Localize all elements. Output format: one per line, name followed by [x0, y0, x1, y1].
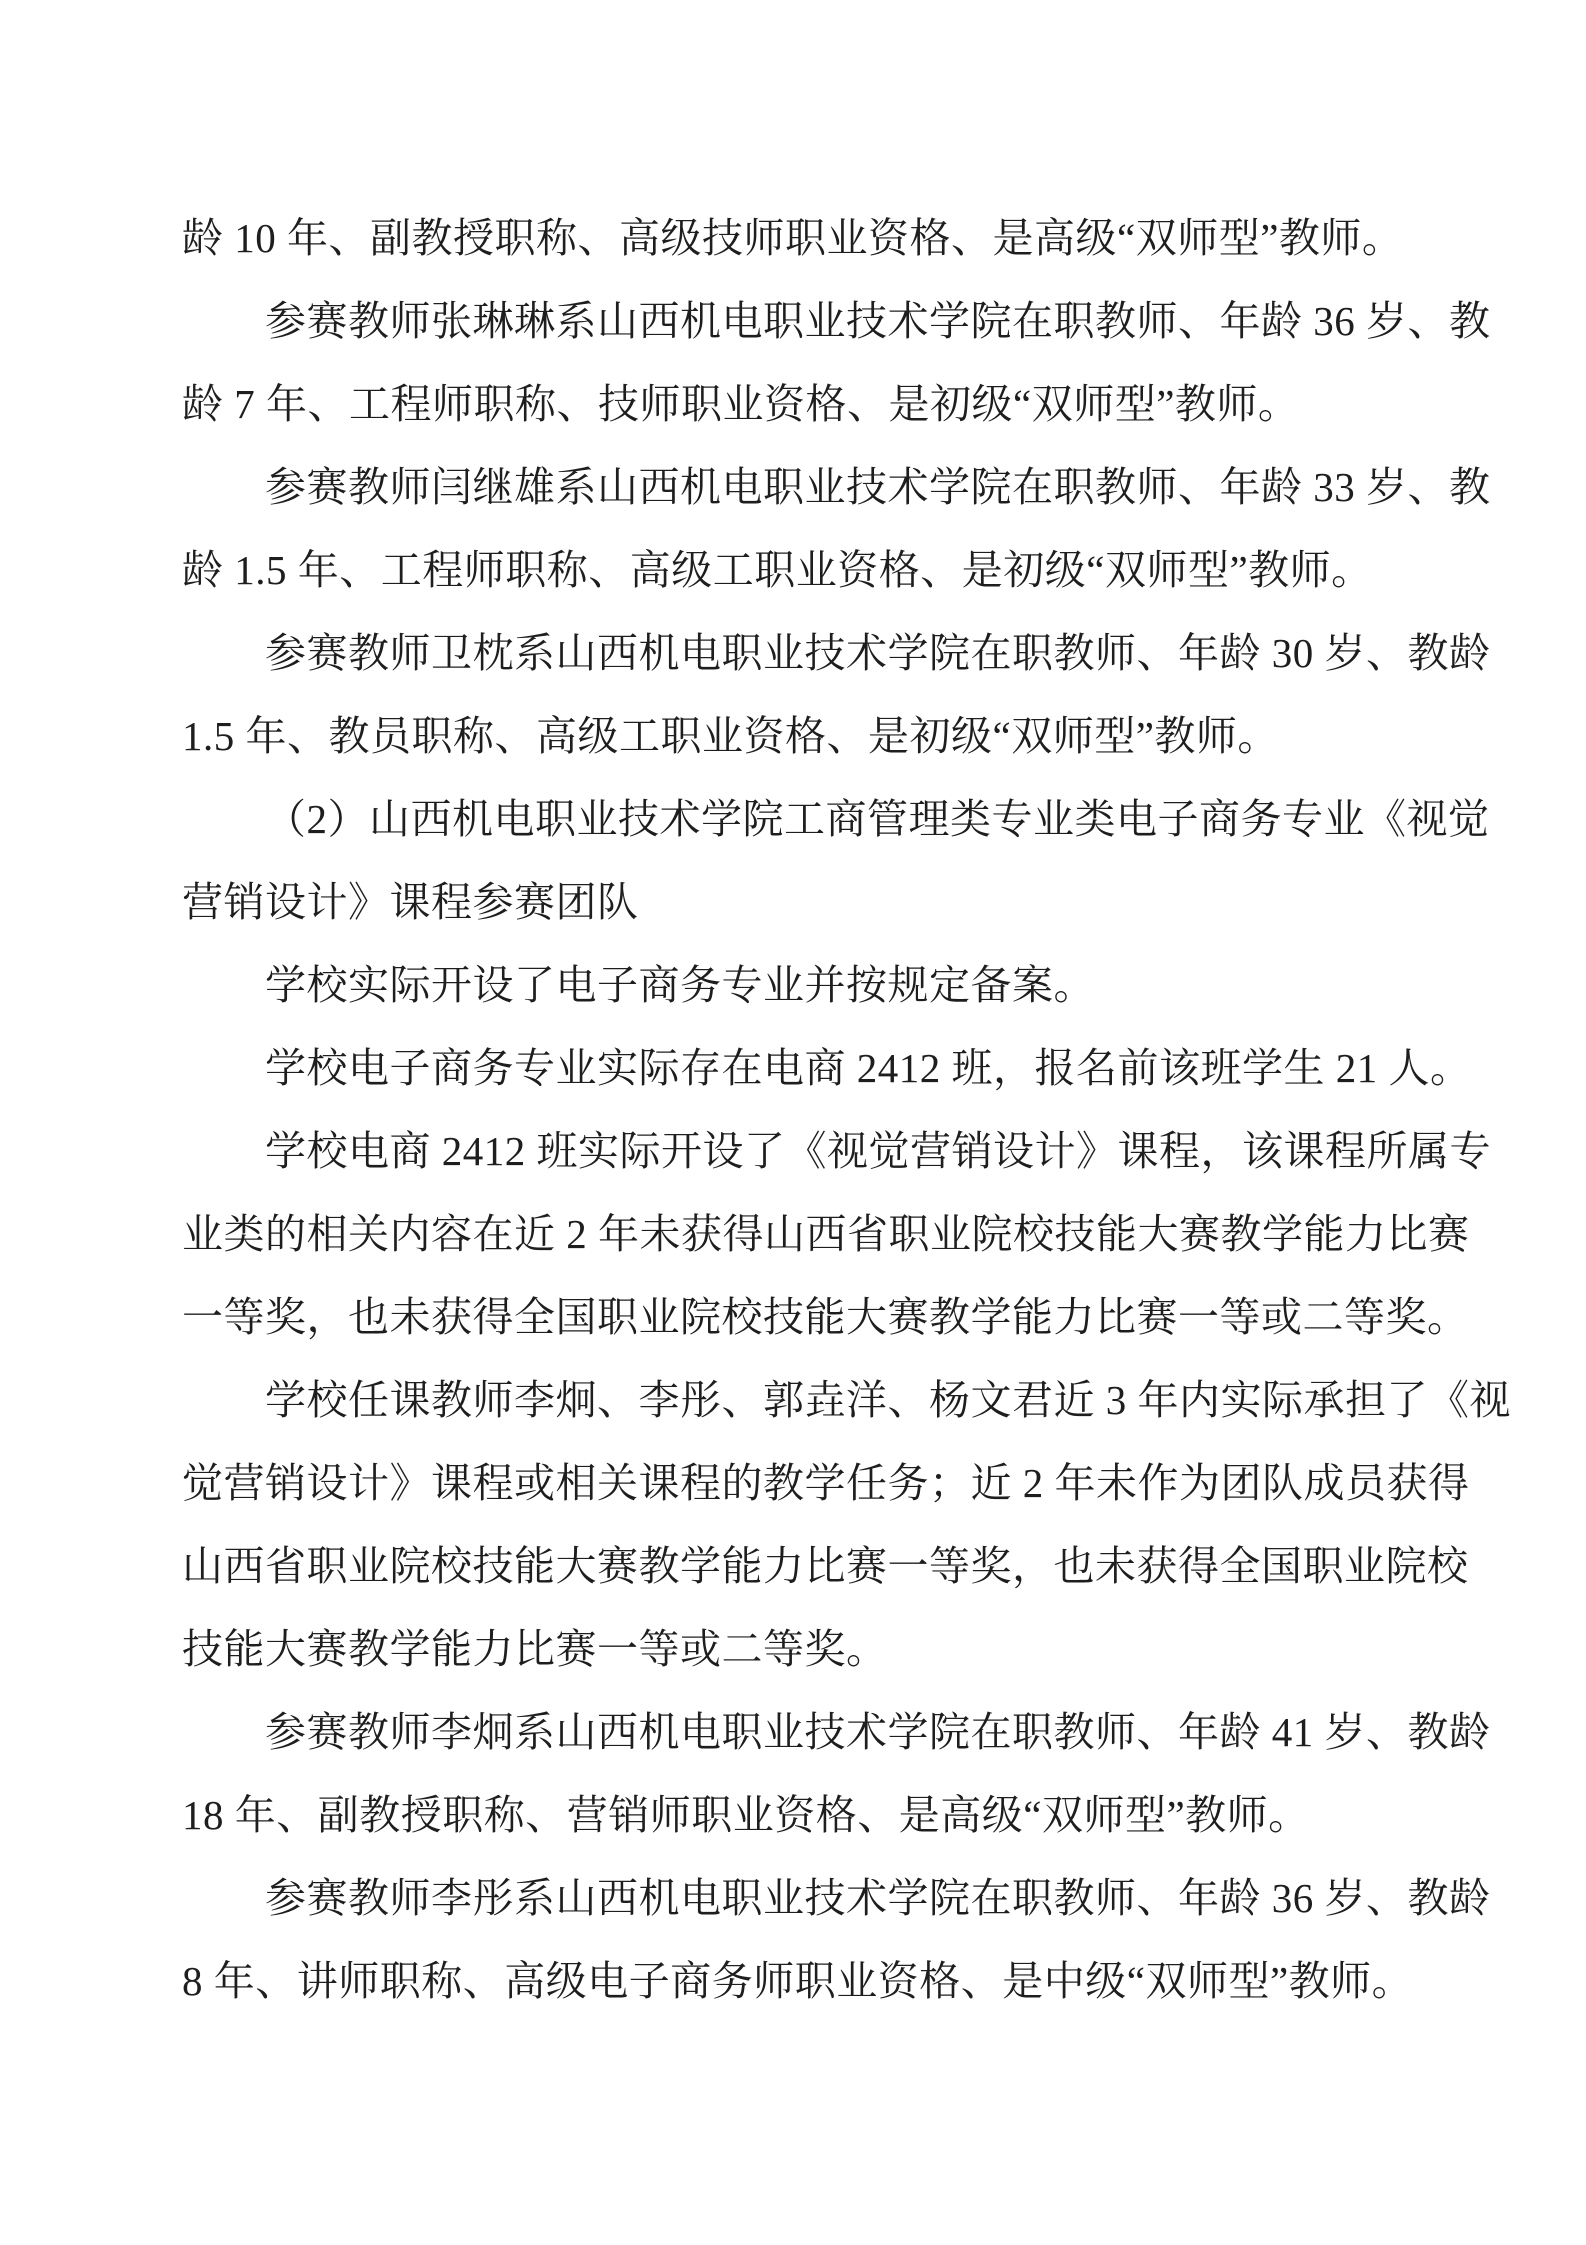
text-line: 学校任课教师李炯、李彤、郭垚洋、杨文君近 3 年内实际承担了《视 — [182, 1359, 1432, 1442]
text-line: 学校电商 2412 班实际开设了《视觉营销设计》课程，该课程所属专 — [182, 1110, 1432, 1193]
document-body: 龄 10 年、副教授职称、高级技师职业资格、是高级“双师型”教师。参赛教师张琳琳… — [182, 197, 1432, 2023]
text-line: 参赛教师卫枕系山西机电职业技术学院在职教师、年龄 30 岁、教龄 — [182, 612, 1432, 695]
text-line: 8 年、讲师职称、高级电子商务师职业资格、是中级“双师型”教师。 — [182, 1940, 1432, 2023]
text-line: （2）山西机电职业技术学院工商管理类专业类电子商务专业《视觉 — [182, 778, 1432, 861]
text-line: 1.5 年、教员职称、高级工职业资格、是初级“双师型”教师。 — [182, 695, 1432, 778]
text-line: 参赛教师闫继雄系山西机电职业技术学院在职教师、年龄 33 岁、教 — [182, 446, 1432, 529]
text-line: 龄 1.5 年、工程师职称、高级工职业资格、是初级“双师型”教师。 — [182, 529, 1432, 612]
text-line: 学校电子商务专业实际存在电商 2412 班，报名前该班学生 21 人。 — [182, 1027, 1432, 1110]
text-line: 营销设计》课程参赛团队 — [182, 861, 1432, 944]
text-line: 参赛教师李炯系山西机电职业技术学院在职教师、年龄 41 岁、教龄 — [182, 1691, 1432, 1774]
document-page: 龄 10 年、副教授职称、高级技师职业资格、是高级“双师型”教师。参赛教师张琳琳… — [0, 0, 1586, 2245]
text-line: 参赛教师李彤系山西机电职业技术学院在职教师、年龄 36 岁、教龄 — [182, 1857, 1432, 1940]
text-line: 学校实际开设了电子商务专业并按规定备案。 — [182, 944, 1432, 1027]
text-line: 技能大赛教学能力比赛一等或二等奖。 — [182, 1608, 1432, 1691]
text-line: 龄 7 年、工程师职称、技师职业资格、是初级“双师型”教师。 — [182, 363, 1432, 446]
text-line: 龄 10 年、副教授职称、高级技师职业资格、是高级“双师型”教师。 — [182, 197, 1432, 280]
text-line: 业类的相关内容在近 2 年未获得山西省职业院校技能大赛教学能力比赛 — [182, 1193, 1432, 1276]
text-line: 觉营销设计》课程或相关课程的教学任务；近 2 年未作为团队成员获得 — [182, 1442, 1432, 1525]
text-line: 参赛教师张琳琳系山西机电职业技术学院在职教师、年龄 36 岁、教 — [182, 280, 1432, 363]
text-line: 18 年、副教授职称、营销师职业资格、是高级“双师型”教师。 — [182, 1774, 1432, 1857]
text-line: 一等奖，也未获得全国职业院校技能大赛教学能力比赛一等或二等奖。 — [182, 1276, 1432, 1359]
text-line: 山西省职业院校技能大赛教学能力比赛一等奖，也未获得全国职业院校 — [182, 1525, 1432, 1608]
